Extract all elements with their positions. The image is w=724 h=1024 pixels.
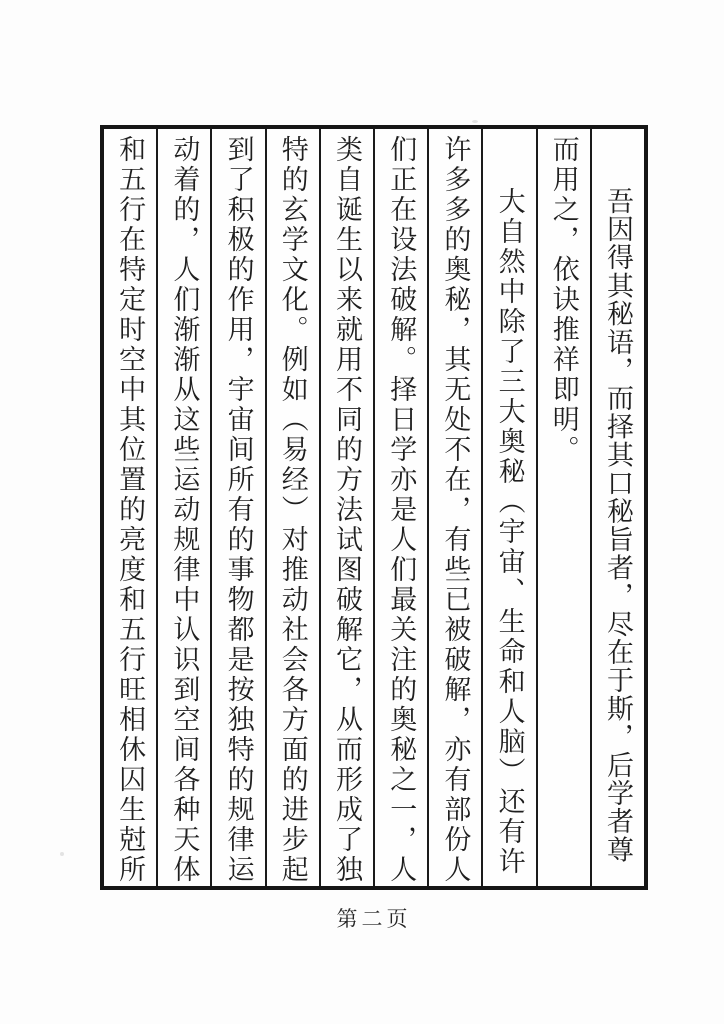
text-column-6: 类自诞生以来就用不同的方法试图破解它，从而形成了独 [319, 129, 373, 886]
text-column-3: 大自然中除了三大奥秘（宇宙、生命和人脑）还有许 [481, 129, 535, 886]
scan-artifact [472, 120, 478, 123]
scanned-book-page: 吾因得其秘语，而择其口秘旨者，尽在于斯，后学者尊 而用之，依诀推祥即明。 大自然… [0, 0, 724, 1024]
text-column-4: 许多多的奥秘，其无处不在，有些已被破解，亦有部份人 [427, 129, 481, 886]
text-column-5: 们正在设法破解。择日学亦是人们最关注的奥秘之一，人 [373, 129, 427, 886]
text-column-8: 到了积极的作用，宇宙间所有的事物都是按独特的规律运 [210, 129, 264, 886]
scan-artifact [60, 852, 64, 856]
text-column-2: 而用之，依诀推祥即明。 [536, 129, 590, 886]
text-frame-border: 吾因得其秘语，而择其口秘旨者，尽在于斯，后学者尊 而用之，依诀推祥即明。 大自然… [100, 125, 648, 890]
page-number: 第二页 [100, 903, 648, 933]
text-column-9: 动着的，人们渐渐从这些运动规律中认识到空间各种天体 [156, 129, 210, 886]
text-column-7: 特的玄学文化。例如（易经）对推动社会各方面的进步起 [265, 129, 319, 886]
text-column-10: 和五行在特定时空中其位置的亮度和五行旺相休囚生尅所 [104, 129, 156, 886]
text-column-1: 吾因得其秘语，而择其口秘旨者，尽在于斯，后学者尊 [590, 129, 644, 886]
